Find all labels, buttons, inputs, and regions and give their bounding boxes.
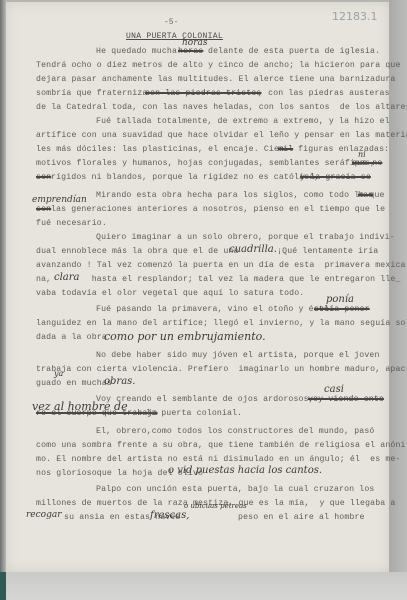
handwritten-correction: horas <box>182 38 208 48</box>
text-line: como una sombra frente a su obra, que ti… <box>36 441 407 451</box>
struck-text: voy viendo ente <box>308 395 384 405</box>
struck-text: que no <box>352 159 382 169</box>
text-line: Tendrá ocho o diez metros de alto y cinc… <box>36 61 401 71</box>
text-line: Fué tallada totalmente, de extremo a ext… <box>96 117 390 127</box>
text-line: dejara pasar anchamente las multitudes. … <box>36 75 396 85</box>
handwritten-correction: ni <box>358 150 366 159</box>
scanner-bottom-edge <box>0 572 407 600</box>
page-number: -5- <box>164 18 178 27</box>
text-line: Fué pasando la primavera, vino el otoño … <box>96 305 329 315</box>
text-line: , con las piedras austeras <box>258 89 390 99</box>
text-line: fué necesario. <box>36 219 107 229</box>
handwritten-correction: clara <box>54 272 80 283</box>
handwritten-margin-note: recogar <box>26 510 62 520</box>
struck-text: mil <box>278 145 293 155</box>
text-line: languidez en la mano del artífice; llegó… <box>36 319 407 329</box>
text-line: Quiero imaginar a un solo obrero, porque… <box>96 233 395 243</box>
handwritten-correction: o ubicuas pétreas <box>184 502 247 510</box>
typewritten-page: 12183.1 -5- UNA PUERTA COLONIAL He queda… <box>6 2 389 572</box>
text-line: Voy creando el semblante de ojos ardoros… <box>96 395 314 405</box>
text-line: na, hasta el resplandor; tal vez la made… <box>36 275 401 285</box>
text-line: Palpo con unción esta puerta, bajo la cu… <box>96 485 374 495</box>
handwritten-correction: cuadrilla. <box>229 244 277 255</box>
handwritten-correction: obras. <box>104 376 135 387</box>
text-line: Mirando esta obra hecha para los siglos,… <box>96 191 385 201</box>
struck-text: y la gracia se <box>300 173 371 183</box>
struck-text: son <box>36 205 51 215</box>
text-line: de la Catedral toda, con las naves helad… <box>36 103 407 113</box>
text-line: guado en muchas <box>36 379 112 389</box>
text-line: No debe haber sido muy jóven el artista,… <box>96 351 380 361</box>
text-line: trabaja con cierta violencia. Prefiero i… <box>36 365 407 375</box>
text-line: avanzando ! Tal vez comenzó la puerta en… <box>36 261 407 271</box>
text-line: delante de esta puerta de iglesia. <box>208 47 380 57</box>
struck-text: horas <box>178 47 203 57</box>
struck-text: son <box>36 173 51 183</box>
struck-text: ro el cuerpo que trabaja <box>36 409 158 419</box>
handwritten-correction: casi <box>324 384 344 395</box>
scanner-right-edge <box>389 0 407 600</box>
text-line: He quedado mucha <box>96 47 177 57</box>
text-line: dual ennoblece más la obra que el de una <box>36 247 239 257</box>
text-line: motivos florales y humanos, hojas conjug… <box>36 159 375 169</box>
text-line: mo. El nombre del artista no está ni dis… <box>36 455 401 465</box>
text-line: vaba todavía el olor vegetal que aquí lo… <box>36 289 304 299</box>
text-line: artífice con una suavidad que hace olvid… <box>36 131 407 141</box>
struck-text: con las piedras tristes <box>145 89 261 99</box>
text-line: rígidos ni blandos, porque la rigidez no… <box>51 173 319 183</box>
struck-text: han <box>358 191 373 201</box>
handwritten-correction: frescas, <box>150 510 189 521</box>
text-line: las generaciones anteriores a nosotros, … <box>51 205 385 215</box>
handwritten-correction: como por un embrujamiento. <box>104 330 266 343</box>
text-line: dada a la obra <box>36 333 107 343</box>
text-line: sombría que fraterniza <box>36 89 147 99</box>
text-line: peso en el aire al hombre <box>238 513 365 523</box>
document-title: UNA PUERTA COLONIAL <box>126 32 223 41</box>
handwritten-correction: ya <box>54 369 63 378</box>
handwritten-margin-note: emprendían <box>32 195 87 205</box>
archive-number: 12183.1 <box>332 10 378 23</box>
text-line: El, obrero,como todos los constructores … <box>96 427 374 437</box>
handwritten-correction: o vid puestas hacia los cantos. <box>168 465 322 476</box>
text-line: figuras enlazadas: <box>293 145 389 155</box>
struck-text: solía poner <box>314 305 370 315</box>
scanner-corner <box>0 572 6 600</box>
text-line: la puerta colonial. <box>146 409 242 419</box>
text-line: ¡Qué lentamente iría <box>272 247 378 257</box>
handwritten-correction: ponía <box>326 294 354 305</box>
text-line: les más dóciles: las plasticinas, el enc… <box>36 145 284 155</box>
